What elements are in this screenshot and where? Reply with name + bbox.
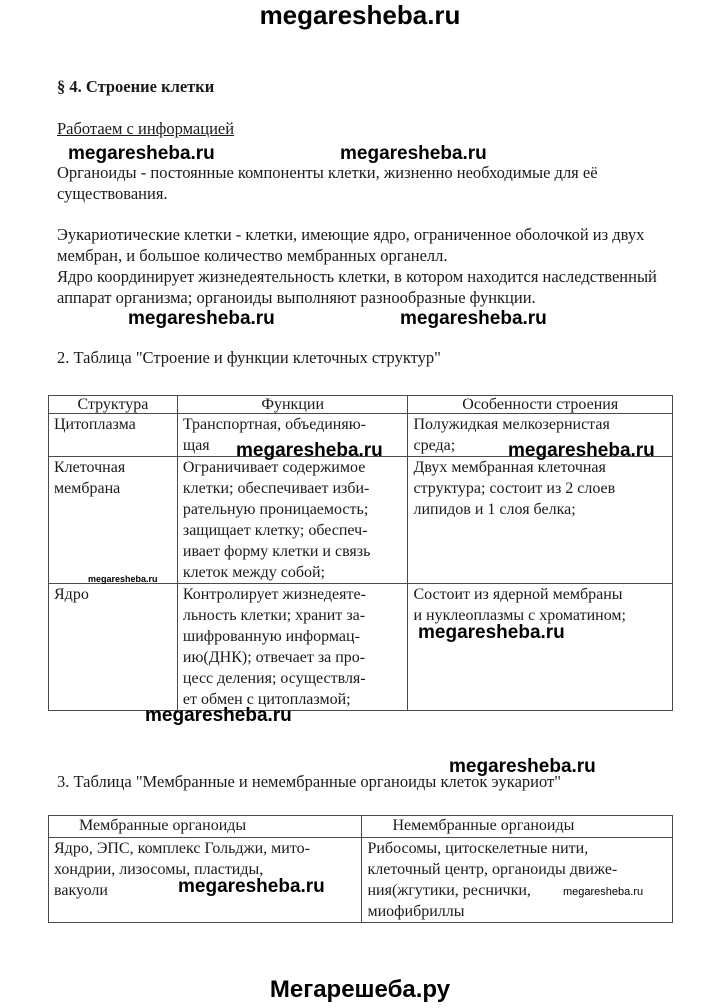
cell-structure: Ядро [49, 584, 178, 711]
watermark: megaresheba.ru [449, 756, 596, 778]
watermark: megaresheba.ru [145, 705, 292, 727]
cell-structure: Цитоплазма [49, 414, 178, 457]
table-row: Клеточная мембрана Ограничивает содержим… [49, 457, 673, 584]
table-header-row: Структура Функции Особенности строения [49, 396, 673, 414]
table-row: Ядро, ЭПС, комплекс Гольджи, мито- хондр… [49, 838, 673, 923]
watermark: megaresheba.ru [508, 440, 655, 462]
header-features: Особенности строения [408, 396, 673, 414]
table1-title: 2. Таблица "Строение и функции клеточных… [57, 348, 441, 368]
site-watermark-top: megaresheba.ru [0, 0, 720, 30]
watermark: megaresheba.ru [340, 143, 487, 165]
cell-structure: Клеточная мембрана [49, 457, 178, 584]
cell-features: Двух мембранная клеточная структура; сос… [408, 457, 673, 584]
watermark: megaresheba.ru [236, 440, 383, 462]
header-functions: Функции [177, 396, 408, 414]
paragraph-organoids: Органоиды - постоянные компоненты клетки… [57, 162, 697, 204]
site-watermark-bottom: Мегарешеба.ру [0, 975, 720, 1005]
section-heading: § 4. Строение клетки [57, 77, 214, 97]
organoids-table: Мембранные органоиды Немембранные органо… [48, 815, 673, 923]
header-non-membrane: Немембранные органоиды [362, 816, 673, 838]
paragraph-eukaryotic: Эукариотические клетки - клетки, имеющие… [57, 224, 697, 266]
paragraph-nucleus: Ядро координирует жизнедеятельность клет… [57, 266, 697, 308]
watermark: megaresheba.ru [68, 143, 215, 165]
watermark: megaresheba.ru [400, 308, 547, 330]
cell-non-membrane: Рибосомы, цитоскелетные нити, клеточный … [362, 838, 673, 923]
watermark: megaresheba.ru [563, 886, 643, 898]
watermark: megaresheba.ru [418, 622, 565, 644]
header-membrane: Мембранные органоиды [49, 816, 362, 838]
header-structure: Структура [49, 396, 178, 414]
watermark: megaresheba.ru [178, 876, 325, 898]
table-row: Ядро Контролирует жизнедеяте- льность кл… [49, 584, 673, 711]
cell-functions: Ограничивает содержимое клетки; обеспечи… [177, 457, 408, 584]
watermark: megaresheba.ru [88, 574, 158, 584]
table-header-row: Мембранные органоиды Немембранные органо… [49, 816, 673, 838]
section-subheading: Работаем с информацией [57, 119, 234, 139]
watermark: megaresheba.ru [128, 308, 275, 330]
cell-functions: Контролирует жизнедеяте- льность клетки;… [177, 584, 408, 711]
cell-features: Состоит из ядерной мембраны и нуклеоплаз… [408, 584, 673, 711]
